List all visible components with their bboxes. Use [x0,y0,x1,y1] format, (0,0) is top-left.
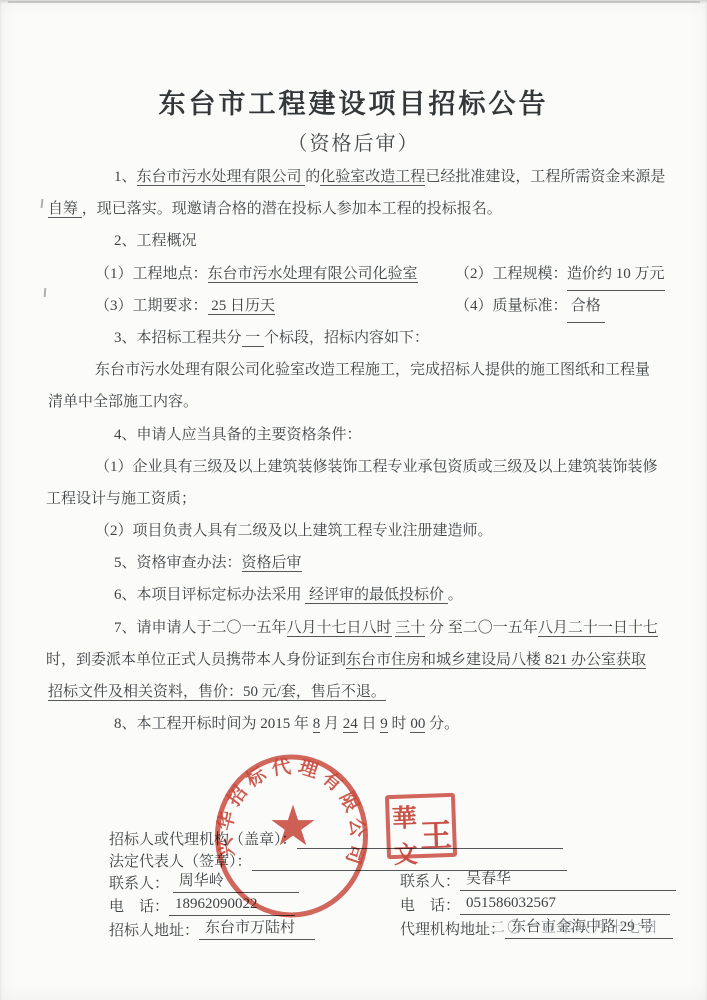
text-line: 清单中全部施工内容。 [46,386,664,418]
text-line: 8、本工程开标时间为 2015 年 8 月 24 日 9 时 00 分。 [46,708,664,740]
text-segment: 分。 [425,716,459,732]
filled-blank: 合格 [567,290,605,323]
text-line: （1）企业具有三级及以上建筑装修装饰工程专业承包资质或三级及以上建筑装饰装修 [46,451,664,483]
text-line: 7、请申请人于二〇一五年八月十七日八时 三十 分 至二〇一五年八月二十一日十七 [46,612,664,644]
scan-mark [41,199,44,208]
text-segment: 工程设计与施工资质； [46,491,196,507]
page-subtitle: （资格后审） [0,127,707,156]
text-segment: 个标段，招标内容如下： [264,330,429,346]
tenderer-address-label: 招标人地址： [109,923,199,939]
text-line: 工程设计与施工资质； [46,483,664,515]
text-segment: （1）工程地点： [95,266,208,282]
filled-blank: 东台市住房和城乡建设局八楼 821 办公室获取 [346,652,646,669]
round-company-seal: 兴华招标代理有限公司 ★ [212,750,382,924]
filled-blank: 9 [380,716,388,733]
text-line: 时，到委派本单位正式人员携带本人身份证到东台市住房和城乡建设局八楼 821 办公… [46,644,664,676]
seal-char-bottom-left: 文 [390,834,421,870]
filled-blank: 24 [343,716,358,733]
square-name-seal: 華 王 文 [385,793,457,859]
text-segment: （2）项目负责人具有二级及以上建筑工程专业注册建造师。 [95,523,493,539]
seal-char-right: 王 [419,797,454,869]
text-line: （3）工期要求： 25 日历天（4）质量标准： 合格 [46,290,664,322]
filled-blank: 化验室改造工程 [320,169,425,186]
text-segment: 时，到委派本单位正式人员携带本人身份证到 [46,652,346,668]
text-segment: 1、 [114,169,137,185]
text-segment: 分 至二〇一五年 [425,620,538,636]
filled-blank: 自筹 [48,201,82,218]
filled-blank: 一 [242,330,265,347]
filled-blank: 25 日历天 [208,298,276,315]
text-line: 3、本招标工程共分 一 个标段，招标内容如下： [46,322,664,354]
filled-blank: 东台市污水处理有限公司化验室 [208,266,418,283]
filled-blank: 经评审的最低投标价 [305,587,448,604]
text-segment: ，现已落实。现邀请合格的潜在投标人参加本工程的投标报名。 [82,201,502,217]
text-segment: 2、工程概况 [114,233,197,249]
text-segment: 清单中全部施工内容。 [48,394,198,410]
text-line: （1）工程地点：东台市污水处理有限公司化验室（2）工程规模：造价约 10 万元 [46,258,664,290]
filled-blank: 东台市污水处理有限公司 [137,169,306,186]
text-segment: 月 [320,716,343,732]
seal-star-icon: ★ [268,796,318,858]
text-line: 6、本项目评标定标办法采用 经评审的最低投标价 。 [46,579,664,611]
text-segment: 时 [388,716,411,732]
text-line: 自筹 ，现已落实。现邀请合格的潜在投标人参加本工程的投标报名。 [46,193,664,225]
filled-blank: 三十 [395,620,425,637]
filled-blank: 资格后审 [242,555,302,572]
text-segment: 6、本项目评标定标办法采用 [114,587,305,603]
text-segment: 7、请申请人于二〇一五年 [114,620,287,636]
scanned-page: 东台市工程建设项目招标公告 （资格后审） 1、东台市污水处理有限公司 的化验室改… [0,0,707,1000]
text-line: 5、资格审查办法：资格后审 [46,547,664,579]
text-line: 东台市污水处理有限公司化验室改造工程施工，完成招标人提供的施工图纸和工程量 [46,354,664,386]
filled-blank: 造价约 10 万元 [567,258,665,291]
text-line: 4、申请人应当具备的主要资格条件： [46,419,664,451]
text-segment: 的 [305,169,320,185]
text-segment: 5、资格审查办法： [114,555,242,571]
scan-edge [8,1,700,3]
text-segment: 。 [448,587,463,603]
text-segment: 4、申请人应当具备的主要资格条件： [114,427,362,443]
text-segment: （1）企业具有三级及以上建筑装修装饰工程专业承包资质或三级及以上建筑装饰装修 [95,459,658,475]
document-body: 1、东台市污水处理有限公司 的化验室改造工程已经批准建设，工程所需资金来源是自筹… [46,161,664,740]
text-segment: （2）工程规模： [455,258,568,290]
text-segment: 3、本招标工程共分 [114,330,242,346]
text-segment: （3）工期要求： [95,298,208,314]
text-segment: 8、本工程开标时间为 2015 年 [114,716,313,732]
text-line: 1、东台市污水处理有限公司 的化验室改造工程已经批准建设，工程所需资金来源是 [46,161,664,193]
text-segment: （4）质量标准： [455,290,568,322]
filled-blank: 八月十七日八时 [287,620,392,637]
text-line: （2）项目负责人具有二级及以上建筑工程专业注册建造师。 [46,515,664,547]
text-line: 招标文件及相关资料，售价：50 元/套，售后不退。 [46,676,664,708]
text-line: 2、工程概况 [46,225,664,257]
filled-blank: 00 [410,716,425,733]
document-date: 二〇一五年八月十七日 [490,916,660,937]
text-segment: 东台市污水处理有限公司化验室改造工程施工，完成招标人提供的施工图纸和工程量 [95,362,650,378]
text-segment: 日 [358,716,381,732]
seal-char-top-left: 華 [389,798,420,835]
filled-blank: 招标文件及相关资料，售价：50 元/套，售后不退。 [48,684,386,701]
filled-blank: 八月二十一日十七 [538,620,658,637]
text-segment: 已经批准建设，工程所需资金来源是 [425,169,665,185]
page-title: 东台市工程建设项目招标公告 [0,82,707,121]
